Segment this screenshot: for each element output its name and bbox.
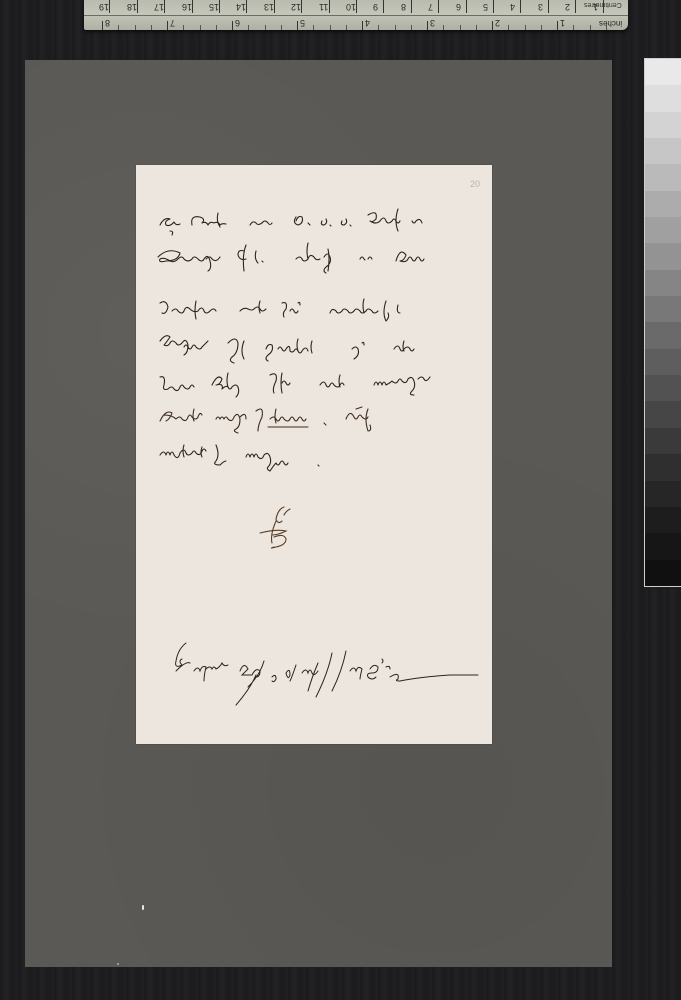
- ruler-minor-tick: [313, 25, 314, 30]
- gray-scale-patch: [645, 507, 681, 533]
- ruler-cm-label: 16: [182, 2, 192, 12]
- ruler-minor-tick: [460, 25, 461, 30]
- ruler-cm-label: 17: [154, 2, 164, 12]
- ruler-minor-tick: [541, 25, 542, 30]
- ruler-cm-tick: [329, 0, 330, 13]
- ruler-cm-label: 9: [373, 2, 378, 12]
- ruler-cm-tick: [466, 0, 467, 13]
- ruler-cm-tick: [493, 0, 494, 13]
- ruler-inch-label: 3: [430, 18, 435, 28]
- ruler-inch-tick: [362, 21, 363, 30]
- gray-scale-patch: [645, 375, 681, 401]
- ruler-cm-tick: [246, 0, 247, 13]
- ruler-cm-label: 1: [593, 2, 598, 12]
- ruler-inch-tick: [492, 21, 493, 30]
- ruler-inch-label: 8: [105, 18, 110, 28]
- measurement-ruler: Centimetres inches 123456789101112131415…: [84, 0, 628, 30]
- ruler-cm-label: 19: [99, 2, 109, 12]
- ruler-inch-tick: [232, 21, 233, 30]
- ruler-cm-label: 10: [346, 2, 356, 12]
- ruler-cm-label: 2: [565, 2, 570, 12]
- ruler-cm-tick: [383, 0, 384, 13]
- ruler-cm-label: 3: [538, 2, 543, 12]
- gray-scale-patch: [645, 59, 681, 85]
- ruler-cm-tick: [356, 0, 357, 13]
- ruler-inch-label: 4: [365, 18, 370, 28]
- ruler-minor-tick: [590, 25, 591, 30]
- ruler-inch-label: 5: [300, 18, 305, 28]
- gray-scale-patch: [645, 191, 681, 217]
- ruler-inch-tick: [297, 21, 298, 30]
- ruler-inch-tick: [427, 21, 428, 30]
- ruler-minor-tick: [265, 25, 266, 30]
- ruler-inch-tick: [557, 21, 558, 30]
- ruler-minor-tick: [606, 25, 607, 30]
- ruler-minor-tick: [476, 25, 477, 30]
- dust-speck: [142, 905, 144, 910]
- ruler-minor-tick: [135, 25, 136, 30]
- ruler-inch-label: 7: [170, 18, 175, 28]
- gray-scale-patch: [645, 270, 681, 296]
- ruler-minor-tick: [573, 25, 574, 30]
- ruler-cm-label: 7: [428, 2, 433, 12]
- ruler-cm-tick: [603, 0, 604, 13]
- ruler-cm-label: 4: [510, 2, 515, 12]
- ruler-minor-tick: [248, 25, 249, 30]
- gray-scale-patch: [645, 217, 681, 243]
- gray-scale-patch: [645, 164, 681, 190]
- ruler-inch-label: 1: [560, 18, 565, 28]
- gray-scale-patch: [645, 322, 681, 348]
- gray-scale-patch: [645, 560, 681, 586]
- gray-scale-patch: [645, 481, 681, 507]
- ruler-cm-label: 13: [264, 2, 274, 12]
- ruler-cm-tick: [575, 0, 576, 13]
- ruler-minor-tick: [411, 25, 412, 30]
- ruler-cm-tick: [411, 0, 412, 13]
- ruler-minor-tick: [378, 25, 379, 30]
- handwritten-letter: 20 An Seine k. k. Hoheit Kronprinz Erzhe…: [136, 165, 492, 744]
- ruler-cm-label: 8: [401, 2, 406, 12]
- handwriting-strokes: [136, 165, 492, 744]
- ruler-divider: [84, 15, 628, 16]
- gray-scale-patch: [645, 428, 681, 454]
- ruler-minor-tick: [508, 25, 509, 30]
- ruler-cm-tick: [438, 0, 439, 13]
- ruler-inch-tick: [167, 21, 168, 30]
- ruler-cm-tick: [109, 0, 110, 13]
- gray-scale-patch: [645, 243, 681, 269]
- ruler-cm-tick: [548, 0, 549, 13]
- gray-scale-patch: [645, 533, 681, 559]
- ruler-cm-tick: [520, 0, 521, 13]
- ruler-minor-tick: [151, 25, 152, 30]
- gray-scale-patch: [645, 296, 681, 322]
- ruler-inch-label: 6: [235, 18, 240, 28]
- gray-scale-patch: [645, 138, 681, 164]
- ruler-minor-tick: [281, 25, 282, 30]
- dust-speck: [117, 963, 119, 965]
- ruler-cm-label: 11: [319, 2, 328, 12]
- gray-scale-calibration-card: [644, 58, 681, 587]
- gray-scale-patch: [645, 454, 681, 480]
- ruler-cm-label: 15: [209, 2, 219, 12]
- ruler-minor-tick: [443, 25, 444, 30]
- gray-scale-patch: [645, 85, 681, 111]
- ruler-minor-tick: [200, 25, 201, 30]
- ruler-inch-tick: [102, 21, 103, 30]
- ruler-cm-tick: [219, 0, 220, 13]
- ruler-minor-tick: [346, 25, 347, 30]
- ruler-cm-label: 6: [456, 2, 461, 12]
- ruler-cm-tick: [164, 0, 165, 13]
- ruler-minor-tick: [525, 25, 526, 30]
- gray-scale-patch: [645, 349, 681, 375]
- gray-scale-patch: [645, 112, 681, 138]
- ruler-cm-label: 18: [127, 2, 137, 12]
- ruler-cm-tick: [301, 0, 302, 13]
- ruler-cm-label: 14: [236, 2, 246, 12]
- ruler-minor-tick: [183, 25, 184, 30]
- ruler-inch-units-label: inches: [599, 19, 622, 28]
- gray-scale-patch: [645, 401, 681, 427]
- ruler-minor-tick: [118, 25, 119, 30]
- ruler-inch-label: 2: [495, 18, 500, 28]
- ruler-minor-tick: [395, 25, 396, 30]
- ruler-cm-label: 12: [291, 2, 301, 12]
- ruler-cm-label: 5: [483, 2, 488, 12]
- ruler-minor-tick: [330, 25, 331, 30]
- ruler-minor-tick: [216, 25, 217, 30]
